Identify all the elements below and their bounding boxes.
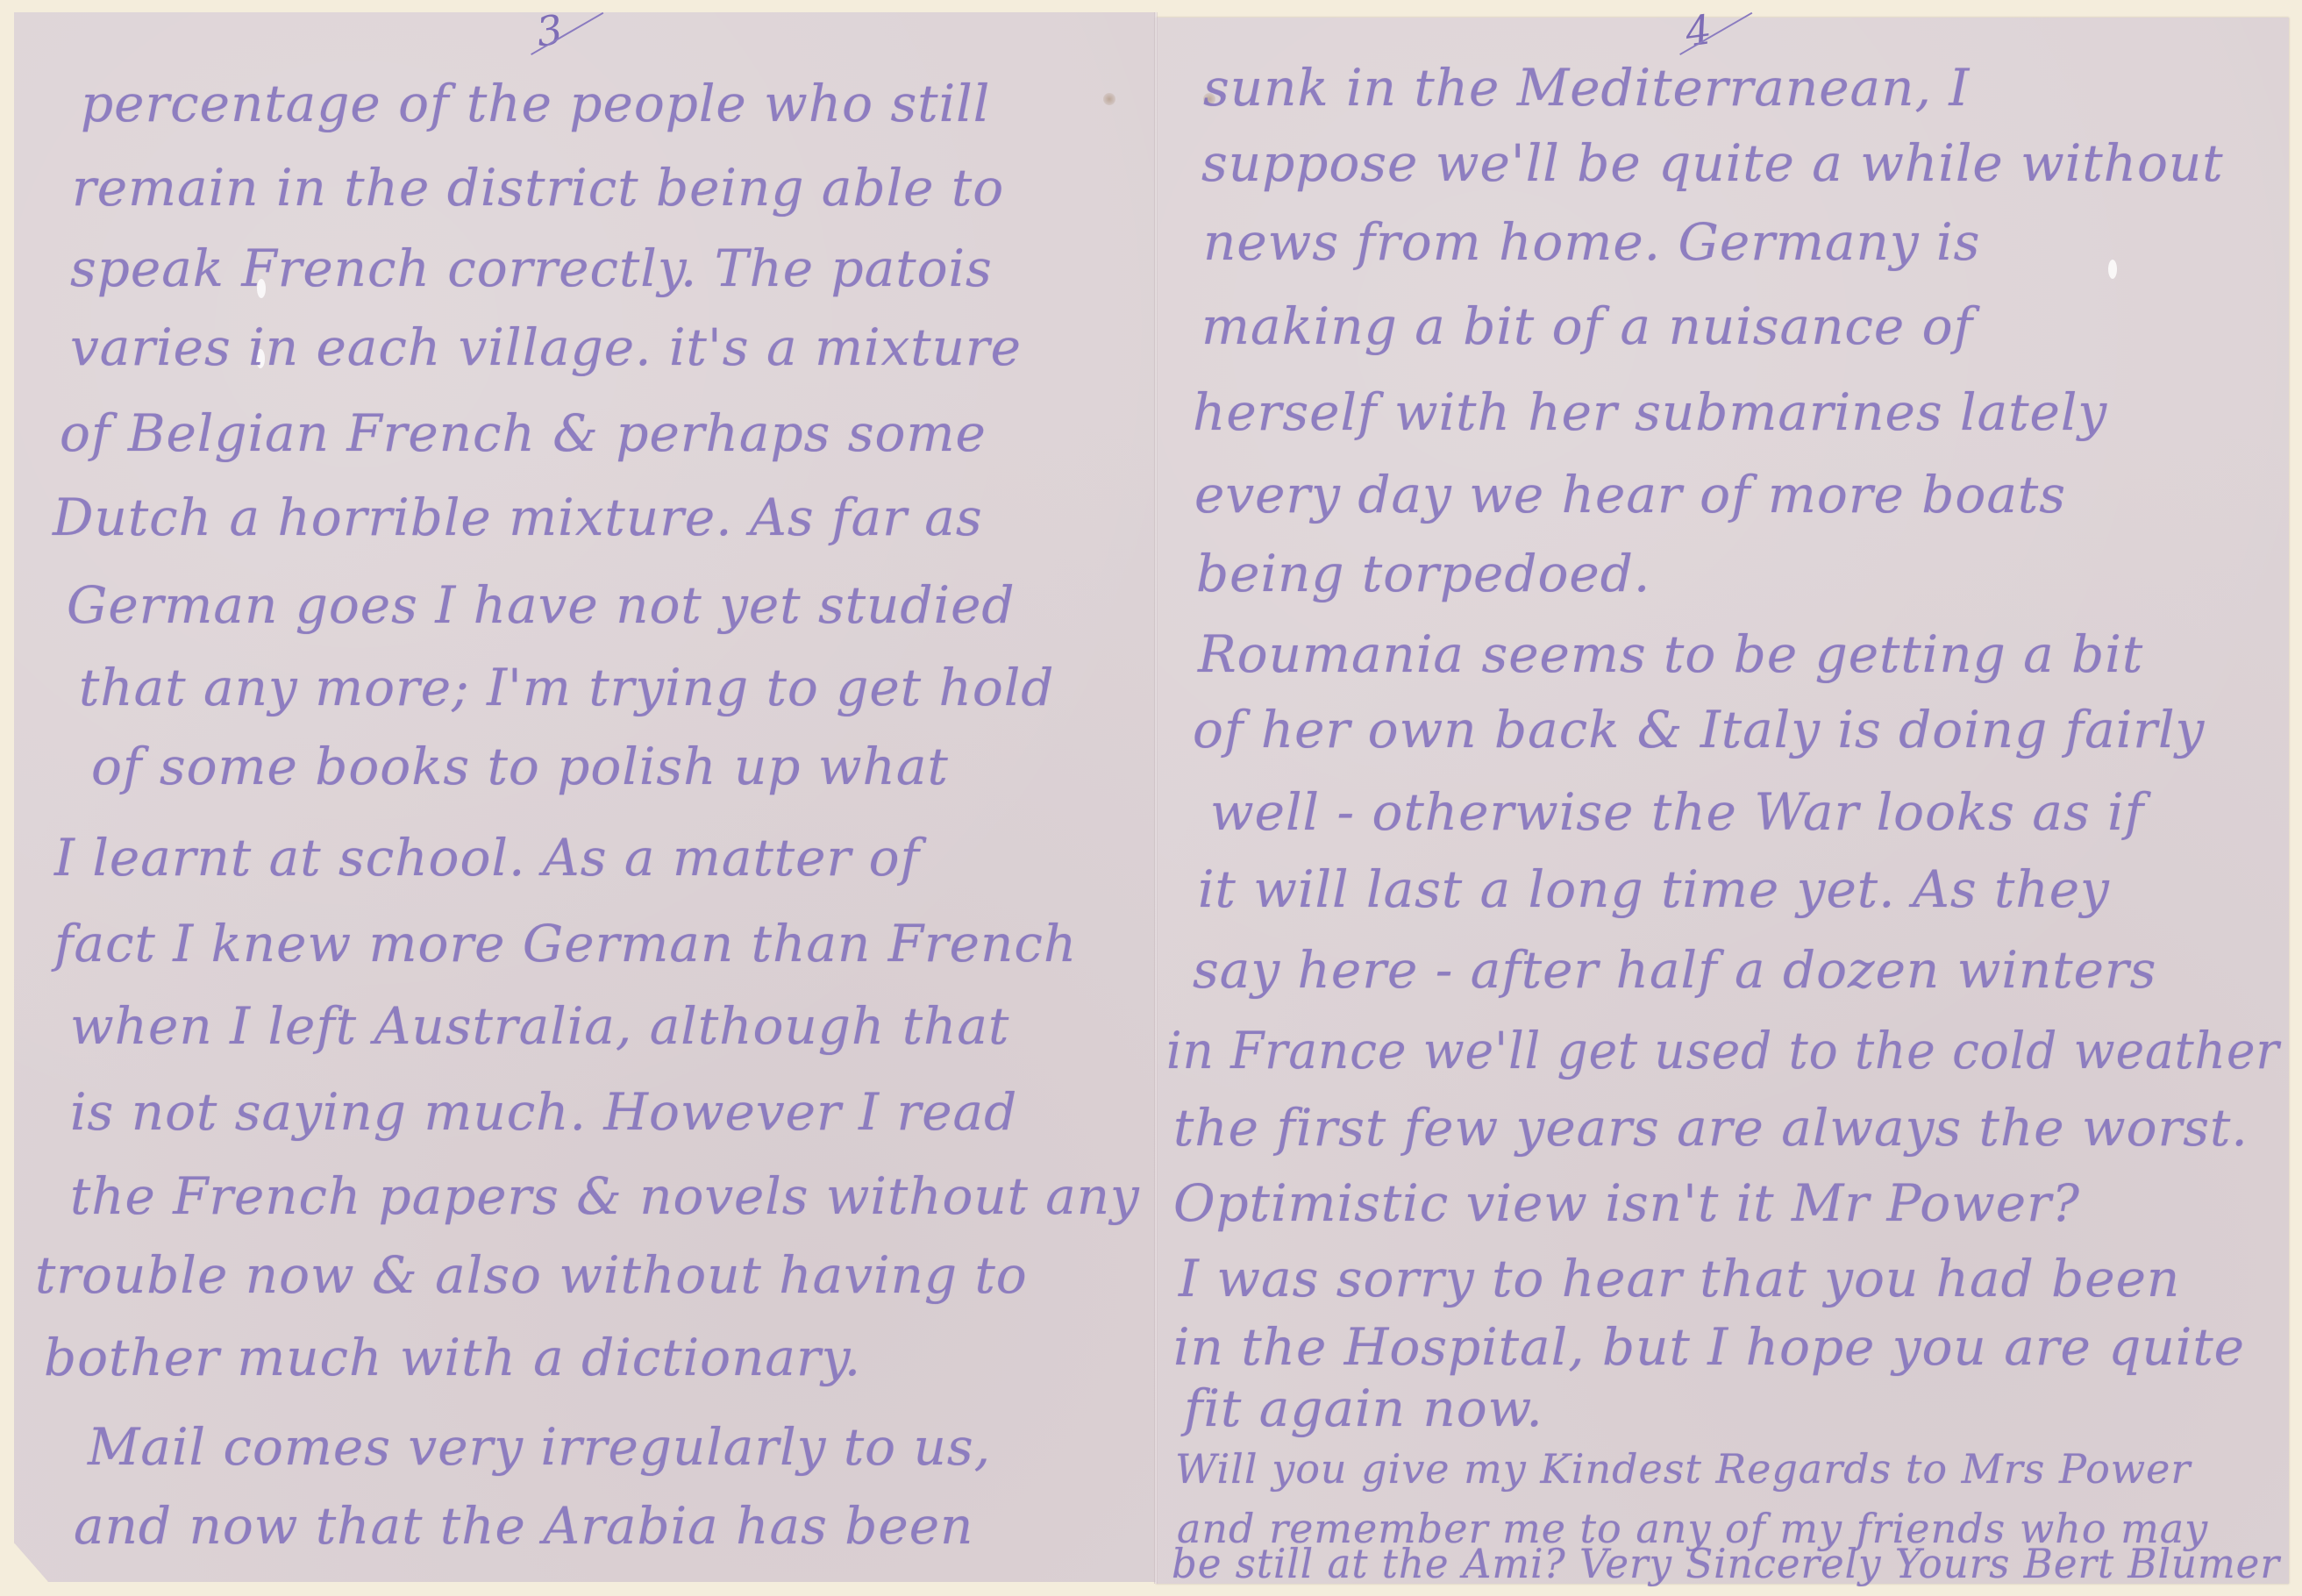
text-line: is not saying much. However I read [70, 1082, 1017, 1142]
text-line: sunk in the Mediterranean, I [1203, 58, 1970, 118]
text-line: the French papers & novels without any [70, 1166, 1140, 1226]
text-line: and now that the Arabia has been [74, 1496, 973, 1556]
text-line: fit again now. [1184, 1379, 1543, 1438]
text-line: of her own back & Italy is doing fairly [1193, 700, 2205, 759]
text-line: percentage of the people who still [81, 74, 990, 133]
text-line: bother much with a dictionary. [44, 1328, 861, 1387]
text-line: that any more; I'm trying to get hold [79, 658, 1054, 717]
paper-hole [2108, 260, 2117, 279]
text-line: it will last a long time yet. As they [1198, 859, 2110, 919]
text-line: in the Hospital, but I hope you are quit… [1173, 1317, 2245, 1377]
text-line: Dutch a horrible mixture. As far as [53, 488, 983, 547]
text-line: suppose we'll be quite a while without [1201, 133, 2224, 193]
text-line: I was sorry to hear that you had been [1179, 1249, 2180, 1308]
text-line: of some books to polish up what [91, 737, 949, 796]
text-line: fact I knew more German than French [54, 914, 1077, 973]
text-line: say here - after half a dozen winters [1193, 940, 2156, 1000]
text-line: making a bit of a nuisance of [1201, 296, 1973, 356]
text-line: when I left Australia, although that [70, 996, 1009, 1056]
text-line: Roumania seems to be getting a bit [1198, 624, 2143, 684]
page-number-right: 4 [1682, 5, 1714, 56]
closing-signature-line: be still at the Ami? Very Sincerely Your… [1172, 1540, 2280, 1587]
text-line: being torpedoed. [1196, 544, 1650, 603]
text-line: trouble now & also without having to [35, 1245, 1028, 1305]
paper-stain [1103, 93, 1115, 105]
text-line: I learnt at school. As a matter of [54, 828, 920, 887]
text-line: herself with her submarines lately [1193, 382, 2107, 442]
text-line: in France we'll get used to the cold wea… [1166, 1021, 2280, 1080]
text-line: remain in the district being able to [72, 158, 1004, 217]
text-line: news from home. Germany is [1203, 212, 1980, 272]
text-line: Mail comes very irregularly to us, [88, 1417, 991, 1477]
text-line: well - otherwise the War looks as if [1210, 782, 2144, 842]
text-line: the first few years are always the worst… [1173, 1098, 2249, 1158]
text-line: speak French correctly. The patois [70, 239, 993, 298]
text-line: Will you give my Kindest Regards to Mrs … [1175, 1445, 2191, 1493]
center-fold [1154, 12, 1158, 1584]
text-line: every day we hear of more boats [1194, 465, 2066, 524]
text-line: Optimistic view isn't it Mr Power? [1173, 1173, 2080, 1233]
text-line: varies in each village. it's a mixture [70, 317, 1022, 377]
text-line: German goes I have not yet studied [67, 575, 1016, 635]
text-line: of Belgian French & perhaps some [60, 403, 987, 463]
